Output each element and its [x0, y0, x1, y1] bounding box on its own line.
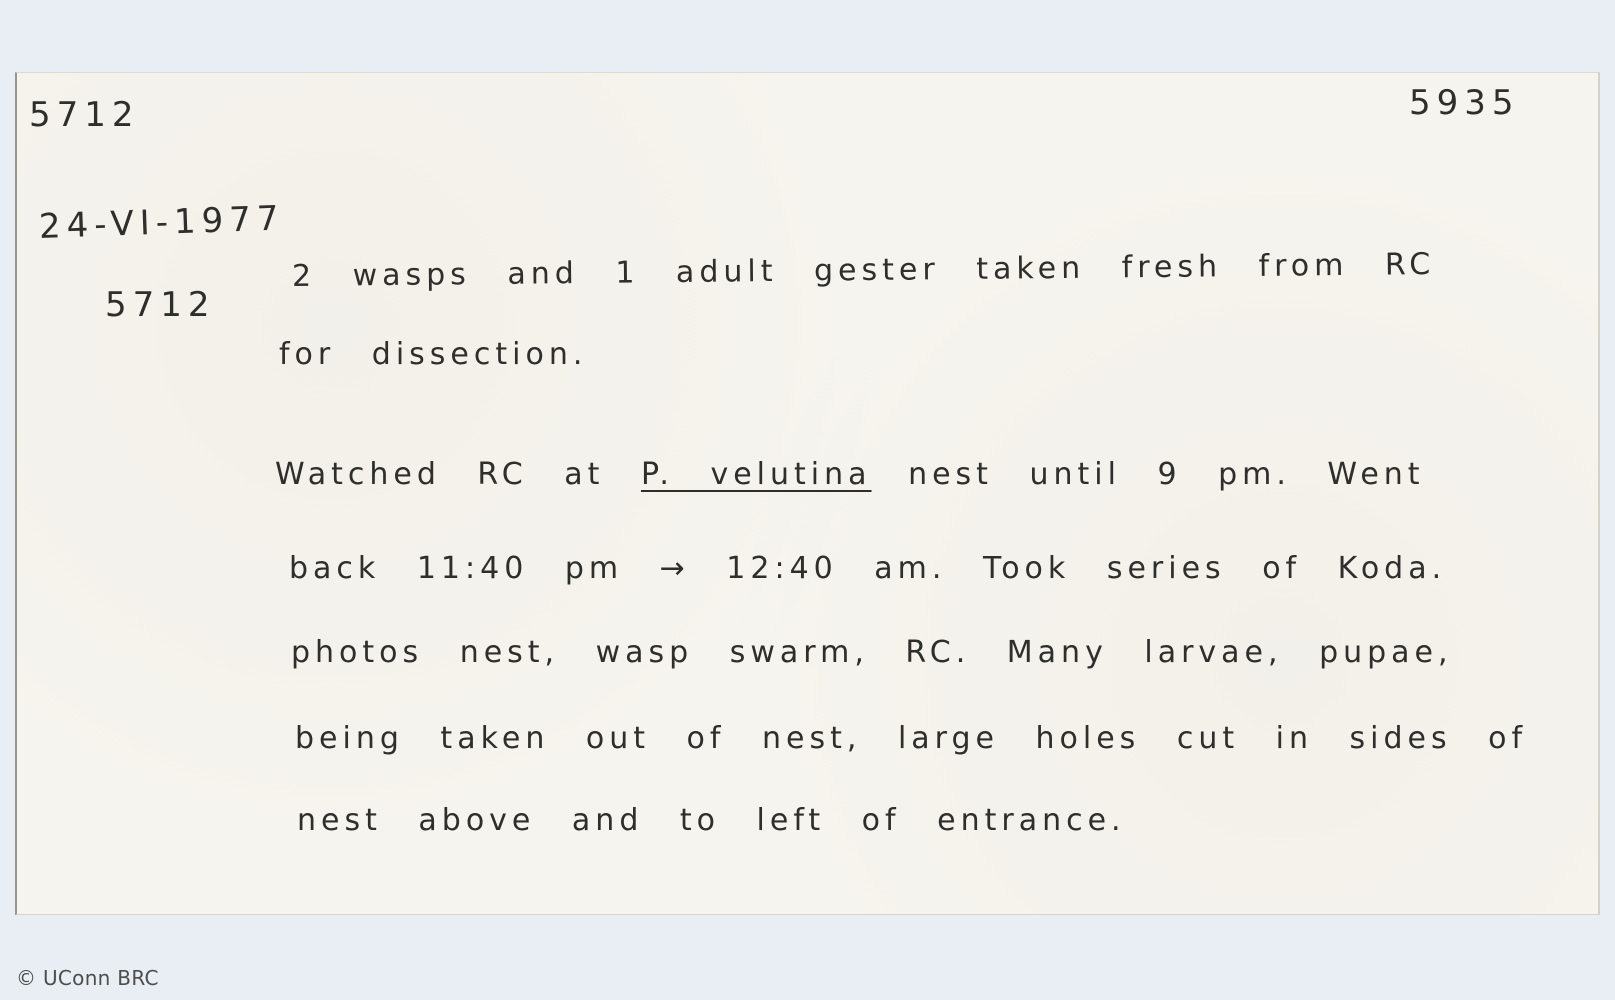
- note-line-2: for dissection.: [279, 337, 587, 372]
- note-line-3-end: nest until 9 pm. Went: [908, 457, 1425, 492]
- entry-number: 5712: [105, 285, 216, 325]
- note-line-3: Watched RC at P. velutina nest until 9 p…: [275, 457, 1425, 492]
- species-name: P. velutina: [641, 457, 872, 492]
- note-line-4: back 11:40 pm → 12:40 am. Took series of…: [289, 551, 1446, 586]
- note-line-1: 2 wasps and 1 adult gester taken fresh f…: [292, 247, 1436, 294]
- index-card: 5712 5935 24-VI-1977 5712 2 wasps and 1 …: [15, 72, 1600, 915]
- note-line-3-start: Watched RC at: [275, 457, 604, 492]
- catalog-number-top-left: 5712: [29, 95, 140, 135]
- copyright-notice: © UConn BRC: [16, 966, 159, 990]
- note-line-7: nest above and to left of entrance.: [297, 803, 1126, 838]
- entry-date: 24-VI-1977: [38, 198, 285, 247]
- catalog-number-top-right: 5935: [1409, 83, 1520, 123]
- note-line-5: photos nest, wasp swarm, RC. Many larvae…: [291, 635, 1453, 670]
- note-line-6: being taken out of nest, large holes cut…: [295, 721, 1527, 756]
